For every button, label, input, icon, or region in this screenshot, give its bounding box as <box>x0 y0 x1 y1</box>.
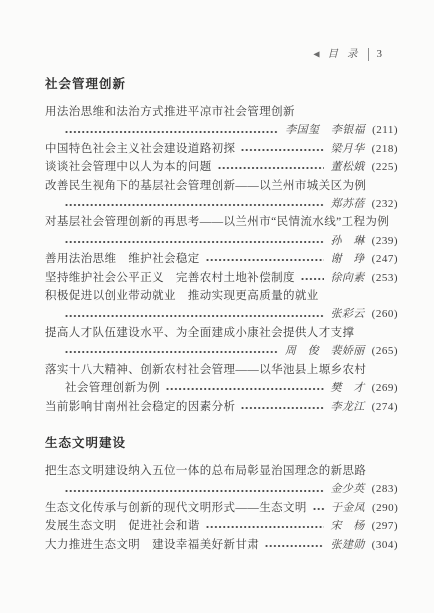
entry-end-line: 社会管理创新为例樊 才(269) <box>45 379 398 397</box>
section-heading: 社会管理创新 <box>45 78 398 91</box>
entry-title-line: 落实十八大精神、创新农村社会管理——以华池县上塬乡农村 <box>45 361 398 379</box>
toc-entry: 发展生态文明 促进社会和谐宋 杨(297) <box>45 517 398 535</box>
entry-page-number: (269) <box>372 379 398 397</box>
section-entries: 把生态文明建设纳入五位一体的总布局彰显治国理念的新思路金少英(283)生态文化传… <box>45 462 398 554</box>
dotted-leader <box>65 130 279 134</box>
toc-section: 社会管理创新 用法治思维和法治方式推进平凉市社会管理创新李国玺 李银福(211)… <box>45 78 398 416</box>
entry-page-number: (290) <box>372 499 398 517</box>
toc-entry: 当前影响甘南州社会稳定的因素分析李龙江(274) <box>45 398 398 416</box>
entry-end-line: 孙 琳(239) <box>45 232 398 250</box>
entry-end-line: 善用法治思维 维护社会稳定谢 琤(247) <box>45 250 398 268</box>
toc-section: 生态文明建设 把生态文明建设纳入五位一体的总布局彰显治国理念的新思路金少英(28… <box>45 437 398 554</box>
entry-page-number: (225) <box>372 158 398 176</box>
header-divider <box>368 48 369 61</box>
entry-title-line: 用法治思维和法治方式推进平凉市社会管理创新 <box>45 103 398 121</box>
entry-title: 坚持维护社会公平正义 完善农村土地补偿制度 <box>45 269 295 287</box>
entry-authors: 李龙江 <box>330 398 364 416</box>
entry-title: 中国特色社会主义社会建设道路初探 <box>45 140 235 158</box>
entry-page-number: (211) <box>372 121 398 139</box>
entry-title: 当前影响甘南州社会稳定的因素分析 <box>45 398 235 416</box>
toc-entry: 积极促进以创业带动就业 推动实现更高质量的就业张彩云(260) <box>45 287 398 324</box>
entry-authors: 金少英 <box>330 480 364 498</box>
dotted-leader <box>65 240 324 244</box>
entry-end-line: 金少英(283) <box>45 480 398 498</box>
entry-authors: 徐向素 <box>330 269 364 287</box>
entry-page-number: (218) <box>372 140 398 158</box>
entry-end-line: 周 俊 裴娇丽(265) <box>45 342 398 360</box>
entry-page-number: (297) <box>372 517 398 535</box>
entry-title: 善用法治思维 维护社会稳定 <box>45 250 200 268</box>
dotted-leader <box>65 350 279 354</box>
toc-entry: 把生态文明建设纳入五位一体的总布局彰显治国理念的新思路金少英(283) <box>45 462 398 499</box>
entry-page-number: (304) <box>372 536 398 554</box>
entry-end-line: 生态文化传承与创新的现代文明形式——生态文明于金凤(290) <box>45 499 398 517</box>
dotted-leader <box>65 489 324 493</box>
toc-entry: 提高人才队伍建设水平、为全面建成小康社会提供人才支撑周 俊 裴娇丽(265) <box>45 324 398 361</box>
entry-page-number: (247) <box>372 250 398 268</box>
entry-end-line: 发展生态文明 促进社会和谐宋 杨(297) <box>45 517 398 535</box>
entry-title: 谈谈社会管理中以人为本的问题 <box>45 158 212 176</box>
entry-end-line: 大力推进生态文明 建设幸福美好新甘肃张建勋(304) <box>45 536 398 554</box>
entry-authors: 梁月华 <box>330 140 364 158</box>
dotted-leader <box>206 525 325 529</box>
toc-entry: 谈谈社会管理中以人为本的问题董松娥(225) <box>45 158 398 176</box>
toc-entry: 用法治思维和法治方式推进平凉市社会管理创新李国玺 李银福(211) <box>45 103 398 140</box>
entry-authors: 于金凤 <box>331 499 365 517</box>
entry-end-line: 张彩云(260) <box>45 305 398 323</box>
toc-entry: 对基层社会管理创新的再思考——以兰州市“民情流水线”工程为例孙 琳(239) <box>45 213 398 250</box>
entry-end-line: 郑苏蓓(232) <box>45 195 398 213</box>
entry-authors: 李国玺 李银福 <box>285 121 365 139</box>
entry-page-number: (265) <box>372 342 398 360</box>
toc-entry: 大力推进生态文明 建设幸福美好新甘肃张建勋(304) <box>45 536 398 554</box>
dotted-leader <box>241 406 324 410</box>
entry-authors: 周 俊 裴娇丽 <box>285 342 365 360</box>
entry-page-number: (283) <box>372 480 398 498</box>
entry-authors: 谢 琤 <box>330 250 364 268</box>
entry-title: 大力推进生态文明 建设幸福美好新甘肃 <box>45 536 259 554</box>
entry-end-line: 坚持维护社会公平正义 完善农村土地补偿制度徐向素(253) <box>45 269 398 287</box>
dotted-leader <box>166 387 324 391</box>
entry-end-line: 谈谈社会管理中以人为本的问题董松娥(225) <box>45 158 398 176</box>
entry-authors: 张彩云 <box>330 305 364 323</box>
toc-sections: 社会管理创新 用法治思维和法治方式推进平凉市社会管理创新李国玺 李银福(211)… <box>45 78 398 554</box>
entry-title-line: 积极促进以创业带动就业 推动实现更高质量的就业 <box>45 287 398 305</box>
entry-title: 发展生态文明 促进社会和谐 <box>45 517 200 535</box>
dotted-leader <box>218 166 325 170</box>
section-heading: 生态文明建设 <box>45 437 398 450</box>
entry-page-number: (239) <box>372 232 398 250</box>
entry-authors: 宋 杨 <box>330 517 364 535</box>
dotted-leader <box>241 148 324 152</box>
entry-title: 社会管理创新为例 <box>65 379 160 397</box>
entry-title-line: 改善民生视角下的基层社会管理创新——以兰州市城关区为例 <box>45 177 398 195</box>
header-title: 目录 <box>328 48 367 61</box>
page-header: ◀ 目录 3 <box>45 48 398 61</box>
dotted-leader <box>206 258 325 262</box>
toc-page: ◀ 目录 3 社会管理创新 用法治思维和法治方式推进平凉市社会管理创新李国玺 李… <box>0 0 434 613</box>
toc-entry: 坚持维护社会公平正义 完善农村土地补偿制度徐向素(253) <box>45 269 398 287</box>
entry-authors: 张建勋 <box>330 536 364 554</box>
entry-end-line: 中国特色社会主义社会建设道路初探梁月华(218) <box>45 140 398 158</box>
entry-page-number: (253) <box>372 269 398 287</box>
dotted-leader <box>265 544 324 548</box>
toc-entry: 善用法治思维 维护社会稳定谢 琤(247) <box>45 250 398 268</box>
dotted-leader <box>313 507 325 511</box>
entry-title-line: 对基层社会管理创新的再思考——以兰州市“民情流水线”工程为例 <box>45 213 398 231</box>
entry-authors: 郑苏蓓 <box>330 195 364 213</box>
dotted-leader <box>301 277 325 281</box>
entry-authors: 樊 才 <box>330 379 364 397</box>
entry-page-number: (274) <box>372 398 398 416</box>
back-triangle-icon: ◀ <box>313 48 319 61</box>
dotted-leader <box>65 314 324 318</box>
header-page-number: 3 <box>377 48 383 61</box>
toc-entry: 落实十八大精神、创新农村社会管理——以华池县上塬乡农村社会管理创新为例樊 才(2… <box>45 361 398 398</box>
entry-end-line: 李国玺 李银福(211) <box>45 121 398 139</box>
entry-end-line: 当前影响甘南州社会稳定的因素分析李龙江(274) <box>45 398 398 416</box>
entry-page-number: (232) <box>372 195 398 213</box>
entry-title: 生态文化传承与创新的现代文明形式——生态文明 <box>45 499 307 517</box>
entry-authors: 孙 琳 <box>330 232 364 250</box>
entry-authors: 董松娥 <box>330 158 364 176</box>
section-entries: 用法治思维和法治方式推进平凉市社会管理创新李国玺 李银福(211)中国特色社会主… <box>45 103 398 416</box>
entry-title-line: 把生态文明建设纳入五位一体的总布局彰显治国理念的新思路 <box>45 462 398 480</box>
entry-title-line: 提高人才队伍建设水平、为全面建成小康社会提供人才支撑 <box>45 324 398 342</box>
toc-entry: 生态文化传承与创新的现代文明形式——生态文明于金凤(290) <box>45 499 398 517</box>
toc-entry: 中国特色社会主义社会建设道路初探梁月华(218) <box>45 140 398 158</box>
entry-page-number: (260) <box>372 305 398 323</box>
toc-entry: 改善民生视角下的基层社会管理创新——以兰州市城关区为例郑苏蓓(232) <box>45 177 398 214</box>
dotted-leader <box>65 203 324 207</box>
